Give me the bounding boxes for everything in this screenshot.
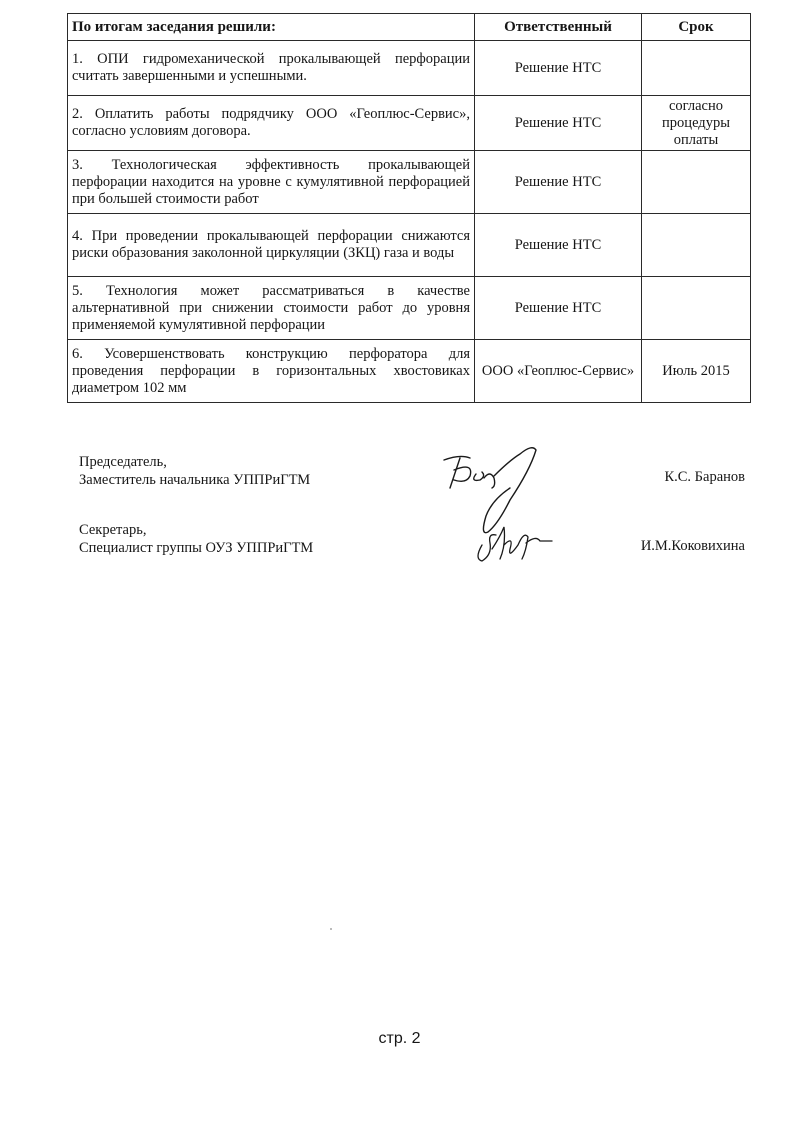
decision-cell: 1. ОПИ гидромеханической прокалывающей п… [68,41,475,96]
term-cell: Июль 2015 [642,340,751,403]
decision-cell: 2. Оплатить работы подрядчику ООО «Геопл… [68,96,475,151]
decisions-table: По итогам заседания решили: Ответственны… [67,13,751,403]
responsible-cell: Решение НТС [475,277,642,340]
responsible-cell: Решение НТС [475,151,642,214]
secretary-role-line2: Специалист группы ОУЗ УППРиГТМ [79,539,313,557]
table-row: 3. Технологическая эффективность прокалы… [68,151,751,214]
term-cell [642,214,751,277]
term-cell [642,41,751,96]
secretary-signature-icon [470,515,590,570]
term-cell [642,151,751,214]
chairman-role-line2: Заместитель начальника УППРиГТМ [79,471,310,489]
decision-cell: 4. При проведении прокалывающей перфорац… [68,214,475,277]
term-cell [642,277,751,340]
header-decision: По итогам заседания решили: [68,14,475,41]
responsible-cell: Решение НТС [475,214,642,277]
page-number: стр. 2 [0,1030,799,1048]
chairman-name: К.С. Баранов [664,468,745,486]
decision-cell: 5. Технология может рассматриваться в ка… [68,277,475,340]
header-responsible: Ответственный [475,14,642,41]
decision-cell: 6. Усовершенствовать конструкцию перфора… [68,340,475,403]
chairman-role-line1: Председатель, [79,453,310,471]
table-row: 5. Технология может рассматриваться в ка… [68,277,751,340]
table-header-row: По итогам заседания решили: Ответственны… [68,14,751,41]
table-row: 1. ОПИ гидромеханической прокалывающей п… [68,41,751,96]
table-row: 4. При проведении прокалывающей перфорац… [68,214,751,277]
responsible-cell: Решение НТС [475,96,642,151]
table-row: 6. Усовершенствовать конструкцию перфора… [68,340,751,403]
secretary-role: Секретарь, Специалист группы ОУЗ УППРиГТ… [79,521,313,557]
responsible-cell: Решение НТС [475,41,642,96]
document-page: По итогам заседания решили: Ответственны… [0,0,799,1124]
table-row: 2. Оплатить работы подрядчику ООО «Геопл… [68,96,751,151]
secretary-role-line1: Секретарь, [79,521,313,539]
term-cell: согласно процедуры оплаты [642,96,751,151]
secretary-name: И.М.Коковихина [641,537,745,555]
chairman-role: Председатель, Заместитель начальника УПП… [79,453,310,489]
scan-speck [330,928,332,930]
decision-cell: 3. Технологическая эффективность прокалы… [68,151,475,214]
responsible-cell: ООО «Геоплюс-Сервис» [475,340,642,403]
header-term: Срок [642,14,751,41]
